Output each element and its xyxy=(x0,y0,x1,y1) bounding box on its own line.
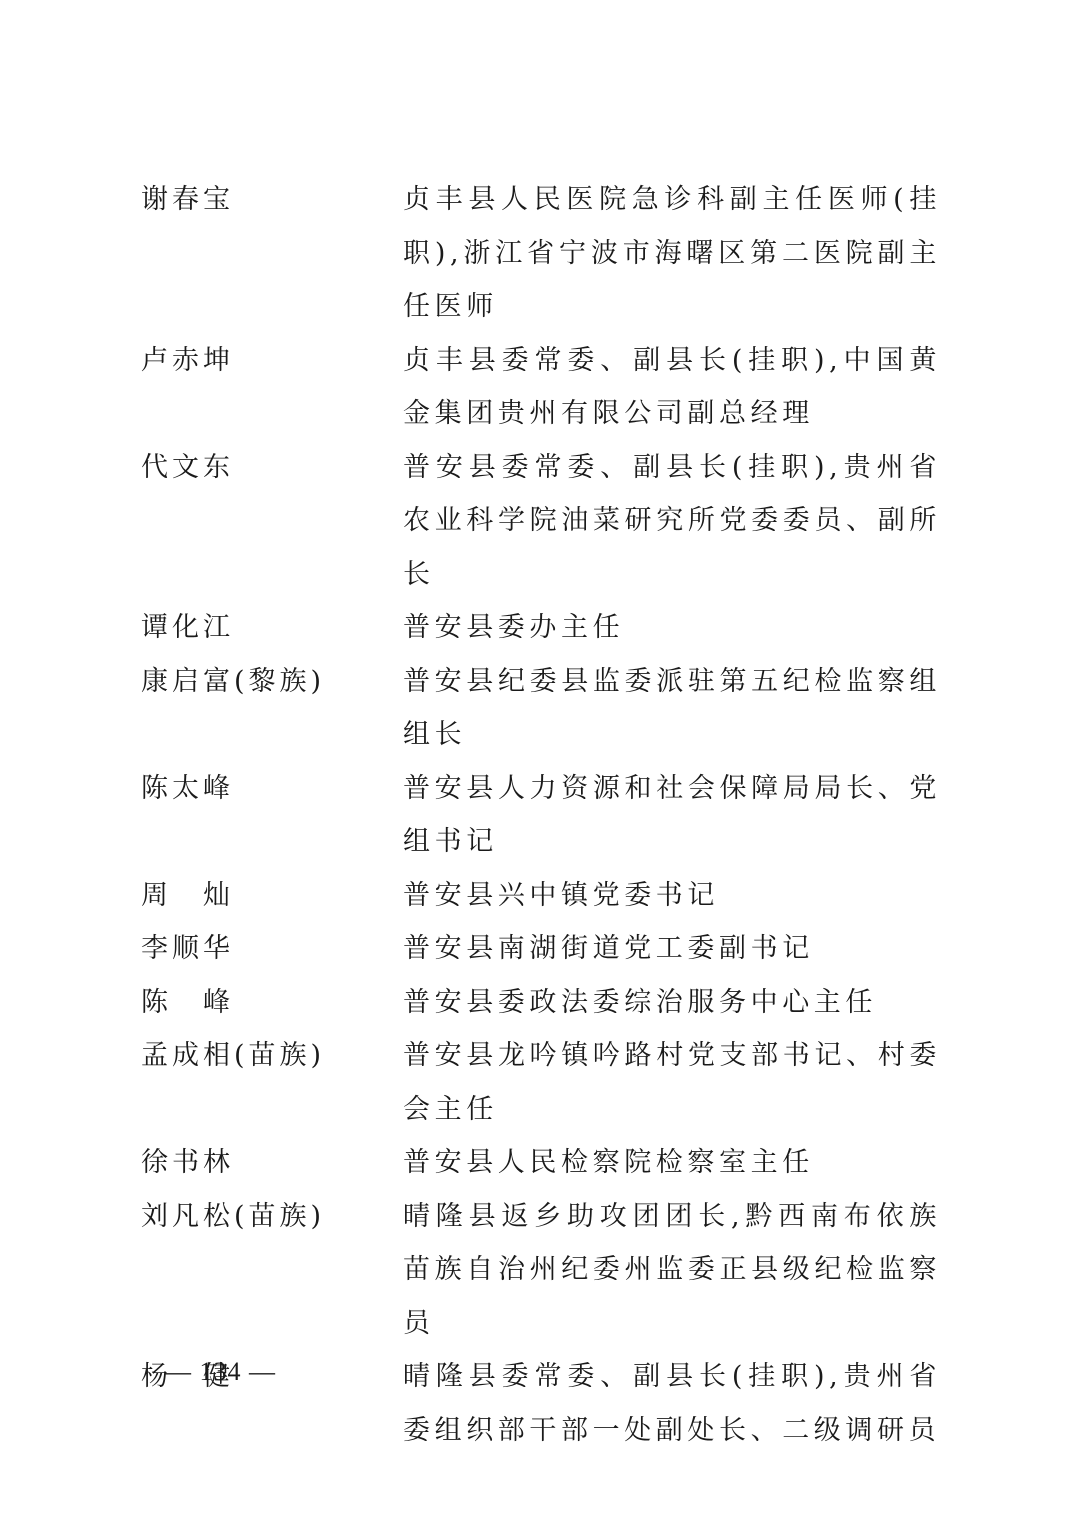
person-name: 谢春宝 xyxy=(0,173,403,334)
person-position: 普安县人力资源和社会保障局局长、党组书记 xyxy=(403,762,941,869)
list-entry: 徐书林 普安县人民检察院检察室主任 xyxy=(0,1136,1080,1190)
person-name: 李顺华 xyxy=(0,922,403,976)
list-entry: 谢春宝 贞丰县人民医院急诊科副主任医师(挂职),浙江省宁波市海曙区第二医院副主任… xyxy=(0,173,1080,334)
person-name: 代文东 xyxy=(0,441,403,602)
person-name: 谭化江 xyxy=(0,601,403,655)
person-name: 卢赤坤 xyxy=(0,334,403,441)
list-entry: 周 灿 普安县兴中镇党委书记 xyxy=(0,869,1080,923)
person-name: 陈太峰 xyxy=(0,762,403,869)
person-position: 晴隆县委常委、副县长(挂职),贵州省委组织部干部一处副处长、二级调研员 xyxy=(403,1350,941,1457)
person-position: 贞丰县委常委、副县长(挂职),中国黄金集团贵州有限公司副总经理 xyxy=(403,334,941,441)
list-entry: 李顺华 普安县南湖街道党工委副书记 xyxy=(0,922,1080,976)
person-position: 普安县人民检察院检察室主任 xyxy=(403,1136,941,1190)
list-entry: 谭化江 普安县委办主任 xyxy=(0,601,1080,655)
person-position: 普安县委常委、副县长(挂职),贵州省农业科学院油菜研究所党委委员、副所长 xyxy=(403,441,941,602)
person-name: 康启富(黎族) xyxy=(0,655,403,762)
list-entry: 卢赤坤 贞丰县委常委、副县长(挂职),中国黄金集团贵州有限公司副总经理 xyxy=(0,334,1080,441)
person-position: 贞丰县人民医院急诊科副主任医师(挂职),浙江省宁波市海曙区第二医院副主任医师 xyxy=(403,173,941,334)
person-position: 晴隆县返乡助攻团团长,黔西南布依族苗族自治州纪委州监委正县级纪检监察员 xyxy=(403,1190,941,1351)
list-entry: 杨 健 晴隆县委常委、副县长(挂职),贵州省委组织部干部一处副处长、二级调研员 xyxy=(0,1350,1080,1457)
person-position: 普安县兴中镇党委书记 xyxy=(403,869,941,923)
page-number: — 134 — xyxy=(165,1357,276,1387)
person-name: 周 灿 xyxy=(0,869,403,923)
person-position: 普安县委政法委综治服务中心主任 xyxy=(403,976,941,1030)
name-list: 谢春宝 贞丰县人民医院急诊科副主任医师(挂职),浙江省宁波市海曙区第二医院副主任… xyxy=(0,173,1080,1457)
list-entry: 代文东 普安县委常委、副县长(挂职),贵州省农业科学院油菜研究所党委委员、副所长 xyxy=(0,441,1080,602)
person-name: 刘凡松(苗族) xyxy=(0,1190,403,1351)
person-name: 孟成相(苗族) xyxy=(0,1029,403,1136)
person-position: 普安县委办主任 xyxy=(403,601,941,655)
person-position: 普安县纪委县监委派驻第五纪检监察组组长 xyxy=(403,655,941,762)
person-position: 普安县龙吟镇吟路村党支部书记、村委会主任 xyxy=(403,1029,941,1136)
list-entry: 孟成相(苗族) 普安县龙吟镇吟路村党支部书记、村委会主任 xyxy=(0,1029,1080,1136)
list-entry: 康启富(黎族) 普安县纪委县监委派驻第五纪检监察组组长 xyxy=(0,655,1080,762)
list-entry: 刘凡松(苗族) 晴隆县返乡助攻团团长,黔西南布依族苗族自治州纪委州监委正县级纪检… xyxy=(0,1190,1080,1351)
list-entry: 陈太峰 普安县人力资源和社会保障局局长、党组书记 xyxy=(0,762,1080,869)
list-entry: 陈 峰 普安县委政法委综治服务中心主任 xyxy=(0,976,1080,1030)
person-position: 普安县南湖街道党工委副书记 xyxy=(403,922,941,976)
person-name: 徐书林 xyxy=(0,1136,403,1190)
person-name: 陈 峰 xyxy=(0,976,403,1030)
